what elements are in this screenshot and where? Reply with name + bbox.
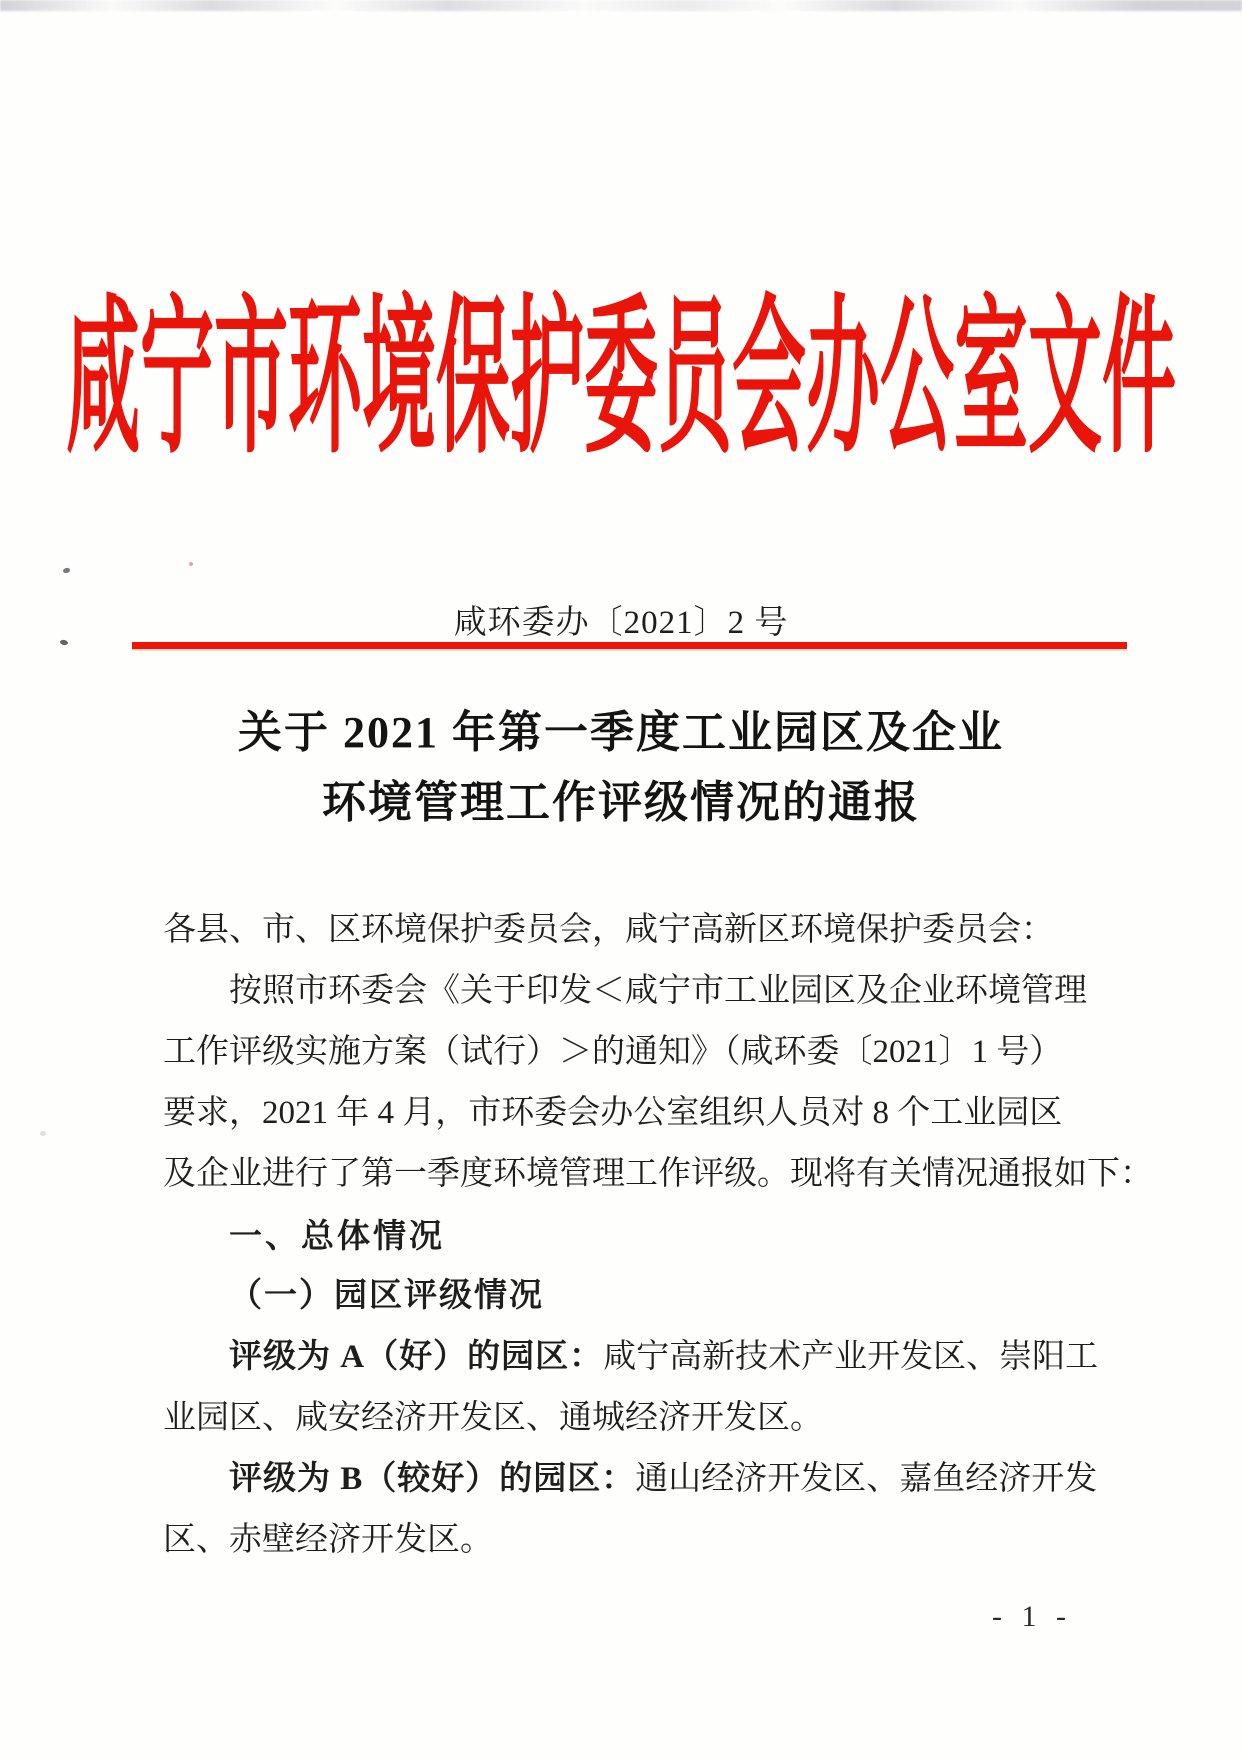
rating-b-lead: 评级为 B（较好）的园区： — [229, 1461, 635, 1497]
intro-paragraph-line-3: 要求，2021 年 4 月，市环委会办公室组织人员对 8 个工业园区 — [163, 1083, 1098, 1144]
document-body: 各县、市、区环境保护委员会，咸宁高新区环境保护委员会： 按照市环委会《关于印发＜… — [163, 900, 1098, 1571]
scanned-document-page: 咸宁市环境保护委员会办公室文件 咸环委办〔2021〕2 号 关于 2021 年第… — [0, 0, 1242, 1758]
document-number: 咸环委办〔2021〕2 号 — [0, 596, 1242, 643]
rating-b-paragraph-line-1: 评级为 B（较好）的园区：通山经济开发区、嘉鱼经济开发 — [163, 1449, 1098, 1510]
document-title-line-1: 关于 2021 年第一季度工业园区及企业 — [0, 698, 1242, 768]
intro-paragraph-line-2: 工作评级实施方案（试行）＞的通知》（咸环委〔2021〕1 号） — [163, 1022, 1098, 1083]
scan-speck — [40, 1131, 46, 1136]
section-heading-overall-situation: 一、总体情况 — [163, 1205, 1098, 1266]
scan-speck — [60, 639, 69, 645]
rating-b-parks-part-1: 通山经济开发区、嘉鱼经济开发 — [635, 1461, 1097, 1497]
scan-speck — [62, 567, 70, 574]
document-title: 关于 2021 年第一季度工业园区及企业 环境管理工作评级情况的通报 — [0, 698, 1242, 838]
rating-a-parks-part-1: 咸宁高新技术产业开发区、崇阳工 — [603, 1339, 1098, 1375]
subsection-heading-park-rating: （一）园区评级情况 — [163, 1266, 1098, 1327]
salutation-line: 各县、市、区环境保护委员会，咸宁高新区环境保护委员会： — [163, 900, 1098, 961]
red-separator-rule — [132, 642, 1127, 649]
document-title-line-2: 环境管理工作评级情况的通报 — [0, 768, 1242, 838]
rating-b-paragraph-line-2: 区、赤壁经济开发区。 — [163, 1510, 1098, 1571]
rating-a-lead: 评级为 A（好）的园区： — [229, 1339, 603, 1375]
red-letterhead: 咸宁市环境保护委员会办公室文件 — [0, 296, 1242, 370]
issuing-org-title: 咸宁市环境保护委员会办公室文件 — [66, 296, 1176, 466]
scan-artifact-top-edge — [0, 0, 1242, 11]
page-number: - 1 - — [992, 1600, 1072, 1634]
intro-paragraph-line-1: 按照市环委会《关于印发＜咸宁市工业园区及企业环境管理 — [163, 961, 1098, 1022]
rating-a-paragraph-line-1: 评级为 A（好）的园区：咸宁高新技术产业开发区、崇阳工 — [163, 1327, 1098, 1388]
rating-a-paragraph-line-2: 业园区、咸安经济开发区、通城经济开发区。 — [163, 1388, 1098, 1449]
scan-speck — [189, 562, 193, 566]
intro-paragraph-line-4: 及企业进行了第一季度环境管理工作评级。现将有关情况通报如下： — [163, 1144, 1098, 1205]
